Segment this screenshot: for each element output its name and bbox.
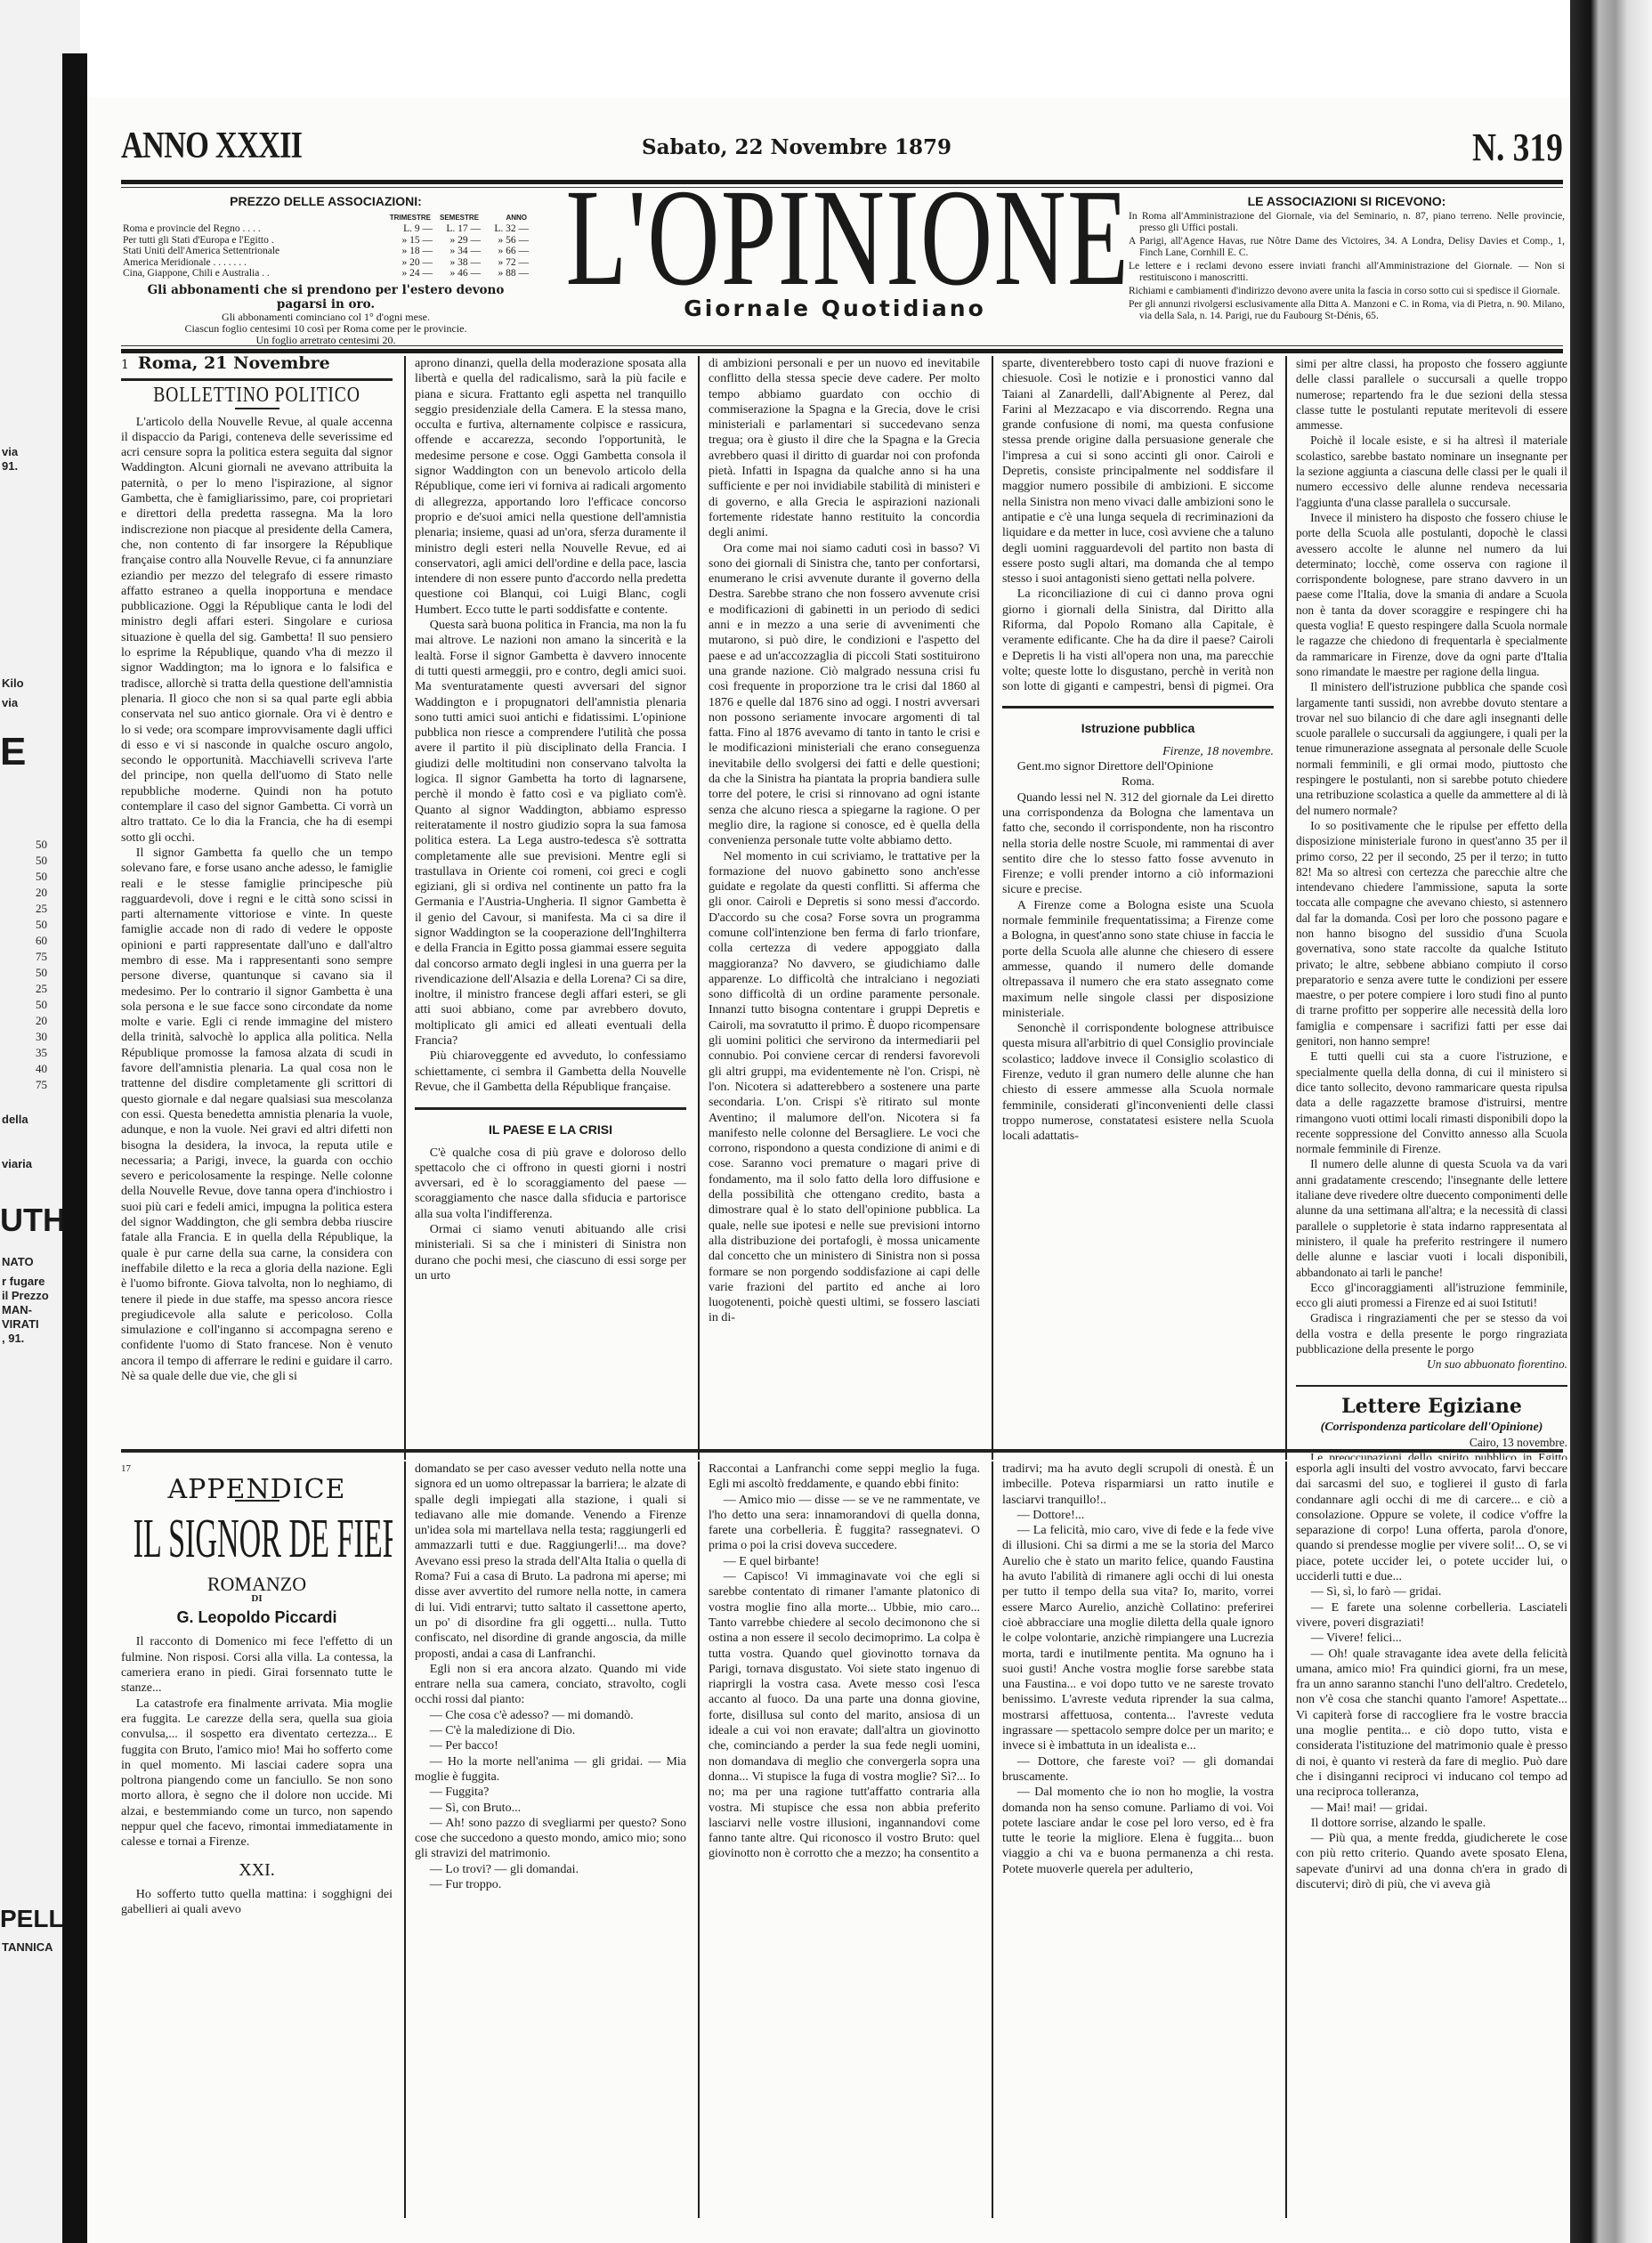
novel-paragraph: — Mai! mai! — gridai. [1296,1801,1567,1816]
article-paragraph: Quando lessi nel N. 312 del giornale da … [1002,790,1274,898]
novel-paragraph: Il dottore sorrise, alzando le spalle. [1296,1816,1567,1831]
column-rule [698,356,700,1460]
column-rule [992,1462,993,2218]
novel-paragraph: — Dal momento che io non ho moglie, la v… [1002,1785,1274,1877]
article-paragraph: Più chiaroveggente ed avveduto, lo confe… [415,1049,686,1095]
article-heading: BOLLETTINO POLITICO [145,388,368,403]
novel-genre: ROMANZO [121,1576,393,1591]
column-rule [1285,356,1287,1460]
article-paragraph: Il numero delle alunne di questa Scuola … [1296,1156,1567,1279]
article-subheading: (Corrispondenza particolare dell'Opinion… [1296,1420,1567,1435]
page-edge-shadow [1570,0,1652,2243]
article-paragraph: di ambizioni personali e per un nuovo ed… [709,356,980,541]
column-2: aprono dinanzi, quella della moderazione… [415,356,686,1460]
strip-fragment: il Prezzo [2,1289,49,1303]
newspaper-page: ANNO XXXII Sabato, 22 Novembre 1879 N. 3… [87,98,1570,2243]
article-heading: Istruzione pubblica [1002,721,1274,736]
article-paragraph: Invece il ministero ha disposto che foss… [1296,510,1567,679]
article-paragraph: simi per altre classi, ha proposto che f… [1296,356,1567,433]
appendix-heading: APPENDICE [121,1482,393,1497]
strip-fragment: 91. [2,459,18,474]
strip-fragment-large: E [0,730,26,774]
article-paragraph: L'articolo della Nouvelle Revue, al qual… [121,415,393,846]
prices-heading: PREZZO DELLE ASSOCIAZIONI: [121,196,530,207]
strip-fragment: VIRATI [2,1317,39,1332]
issue-number: N. 319 [1472,125,1563,170]
novel-paragraph: — Vivere! felici... [1296,1631,1567,1646]
article-paragraph: Gradisca i ringraziamenti che per se ste… [1296,1310,1567,1356]
ornament-rule [235,408,279,409]
novel-paragraph: — Ah! sono pazzo di svegliarmi per quest… [415,1816,686,1862]
feuilleton-area: 17 APPENDICE IL SIGNOR DE FIERLÌ ROMANZO… [121,1462,1563,2218]
novel-paragraph: — Fuggita? [415,1785,686,1800]
novel-paragraph: — Più qua, a mente fredda, giudicherete … [1296,1831,1567,1892]
column-rule [404,356,406,1460]
subscription-prices: PREZZO DELLE ASSOCIAZIONI: TRIMESTRE SEM… [121,196,530,346]
article-paragraph: Questa sarà buona politica in Francia, m… [415,618,686,1049]
article-paragraph: Ormai ci siamo venuti abituando alle cri… [415,1222,686,1283]
price-note: Gli abbonamenti cominciano col 1° d'ogni… [121,312,530,323]
column-rule [992,356,993,1460]
volume-year: ANNO XXXII [121,125,302,167]
strip-fragment: NATO [2,1255,34,1269]
article-paragraph: E tutti quelli cui sta a cuore l'istruzi… [1296,1049,1567,1156]
novel-paragraph: — Fur troppo. [415,1877,686,1892]
column-3: di ambizioni personali e per un nuovo ed… [709,356,980,1460]
section-rule [1296,1385,1567,1387]
column-rule [698,1462,700,2218]
issue-date: Sabato, 22 Novembre 1879 [642,135,952,159]
column-5: simi per altre classi, ha proposto che f… [1296,356,1567,1460]
appendix-column-3: Raccontai a Lanfranchi come seppi meglio… [709,1462,980,2218]
novel-paragraph: — Sì, con Bruto... [415,1801,686,1816]
novel-paragraph: — Capisco! Vi immaginavate voi che egli … [709,1569,980,1862]
dateline-header: 1Roma, 21 Novembre [121,356,393,381]
strip-fragment: MAN- [2,1303,32,1317]
article-paragraph: Ora come mai noi siamo caduti così in ba… [709,541,980,849]
price-row: Cina, Giappone, Chili e Australia . .» 2… [121,268,530,279]
novel-paragraph: — E farete una solenne corbelleria. Lasc… [1296,1600,1567,1632]
novel-author: G. Leopoldo Piccardi [121,1610,393,1625]
article-paragraph: Il ministero dell'istruzione pubblica ch… [1296,679,1567,818]
strip-fragment: via [2,696,18,710]
article-paragraph: Poichè il locale esiste, e si ha altresì… [1296,433,1567,509]
novel-paragraph: — C'è la maledizione di Dio. [415,1723,686,1738]
section-rule [415,1107,686,1110]
novel-paragraph: esporla agli insulti del vostro avvocato… [1296,1462,1567,1584]
column-1: 1Roma, 21 Novembre BOLLETTINO POLITICO L… [121,356,393,1460]
novel-paragraph: domandato se per caso avesser veduto nel… [415,1462,686,1662]
strip-fragment-large: PELLI [0,1905,70,1933]
novel-paragraph: Raccontai a Lanfranchi come seppi meglio… [709,1462,980,1493]
article-paragraph: Ecco gl'incoraggiamenti all'istruzione f… [1296,1280,1567,1311]
salutation: Gent.mo signor Direttore dell'Opinione [1002,759,1274,774]
novel-paragraph: — Ho la morte nell'anima — gli gridai. —… [415,1754,686,1785]
column-rule [1285,1462,1287,2218]
newspaper-title: L'OPINIONE [566,180,1105,296]
novel-paragraph: — La felicità, mio caro, vive di fede e … [1002,1523,1274,1753]
novel-paragraph: La catastrofe era finalmente arrivata. M… [121,1696,393,1850]
strip-fragment: via [2,445,18,459]
column-4: sparte, diventerebbero tosto capi di nuo… [1002,356,1274,1460]
novel-title: IL SIGNOR DE FIERLÌ [134,1510,381,1567]
price-note: Ciascun foglio centesimi 10 così per Rom… [121,323,530,335]
article-paragraph: aprono dinanzi, quella della moderazione… [415,356,686,618]
strip-fragment: della [2,1113,28,1127]
novel-paragraph: — Dottore, che fareste voi? — gli domand… [1002,1754,1274,1785]
chapter-number: XXI. [121,1863,393,1878]
article-paragraph: A Firenze come a Bologna esiste una Scuo… [1002,898,1274,1021]
column-rule [404,1462,406,2218]
strip-fragment: viaria [2,1157,32,1171]
appendix-column-1: 17 APPENDICE IL SIGNOR DE FIERLÌ ROMANZO… [121,1462,393,2218]
appendix-column-4: tradirvi; ma ha avuto degli scrupoli di … [1002,1462,1274,2218]
article-paragraph: Nel momento in cui scriviamo, le trattat… [709,849,980,1326]
masthead-bottom-rule [121,349,1563,353]
article-paragraph: Io so positivamente che le ripulse per e… [1296,818,1567,1049]
newspaper-nameplate: L'OPINIONE Giornale Quotidiano [568,180,1102,321]
novel-paragraph: — Sì, sì, lo farò — gridai. [1296,1584,1567,1599]
article-heading: IL PAESE E LA CRISI [415,1122,686,1138]
strip-fragment: TANNICA [2,1940,53,1955]
novel-paragraph: Egli non si era ancora alzato. Quando mi… [415,1662,686,1708]
novel-paragraph: Il racconto di Domenico mi fece l'effett… [121,1634,393,1696]
strip-fragment: r fugare [2,1275,45,1289]
price-row: America Meridionale . . . . . . .» 20 —»… [121,257,530,269]
novel-paragraph: — Che cosa c'è adesso? — mi domandò. [415,1708,686,1723]
novel-paragraph: Ho sofferto tutto quella mattina: i sogg… [121,1887,393,1918]
novel-paragraph: — Amico mio — disse — se ve ne rammentat… [709,1493,980,1554]
novel-paragraph: — Oh! quale stravagante idea avete della… [1296,1647,1567,1801]
signature: Un suo abbuonato fiorentino. [1296,1356,1567,1372]
appendix-column-5: esporla agli insulti del vostro avvocato… [1296,1462,1567,2218]
strip-fragment-large: UTH [0,1202,66,1239]
subscription-info: LE ASSOCIAZIONI SI RICEVONO: In Roma all… [1129,196,1565,324]
strip-fragment: , 91. [2,1332,24,1346]
article-paragraph: La riconciliazione di cui ci danno prova… [1002,587,1274,693]
novel-by: DI [121,1591,393,1607]
article-paragraph: C'è qualche cosa di più grave e doloroso… [415,1146,686,1222]
novel-paragraph: — Dottore!... [1002,1508,1274,1523]
price-row: Per tutti gli Stati d'Europa e l'Egitto … [121,235,530,247]
appendix-column-2: domandato se per caso avesser veduto nel… [415,1462,686,2218]
article-paragraph: Il signor Gambetta fa quello che un temp… [121,846,393,1384]
novel-paragraph: — Lo trovi? — gli domandai. [415,1862,686,1877]
novel-paragraph: — Per bacco! [415,1738,686,1753]
dateline: Firenze, 18 novembre. [1002,744,1274,759]
article-heading: Lettere Egiziane [1296,1399,1567,1414]
price-row: Roma e provincie del Regno . . . .L. 9 —… [121,223,530,235]
article-paragraph: sparte, diventerebbero tosto capi di nuo… [1002,356,1274,587]
foreign-payment-note: Gli abbonamenti che si prendono per l'es… [121,283,530,312]
dateline: Cairo, 13 novembre. [1296,1435,1567,1450]
novel-paragraph: — E quel birbante! [709,1554,980,1569]
subscription-info-heading: LE ASSOCIAZIONI SI RICEVONO: [1129,196,1565,207]
novel-paragraph: tradirvi; ma ha avuto degli scrupoli di … [1002,1462,1274,1508]
masthead-bottom-rule-thin [121,345,1563,346]
salutation-city: Roma. [1002,774,1274,790]
price-row: Stati Uniti dell'America Settentrionale»… [121,246,530,257]
prices-table: TRIMESTRE SEMESTRE ANNO Roma e provincie… [121,213,530,279]
section-rule [1002,706,1274,709]
article-paragraph: Senonchè il corrispondente bolognese att… [1002,1021,1274,1144]
price-note: Un foglio arretrato centesimi 20. [121,335,530,346]
strip-fragment: Kilo [2,676,24,691]
book-spine [62,53,87,2243]
feuilleton-divider [121,1449,1563,1453]
